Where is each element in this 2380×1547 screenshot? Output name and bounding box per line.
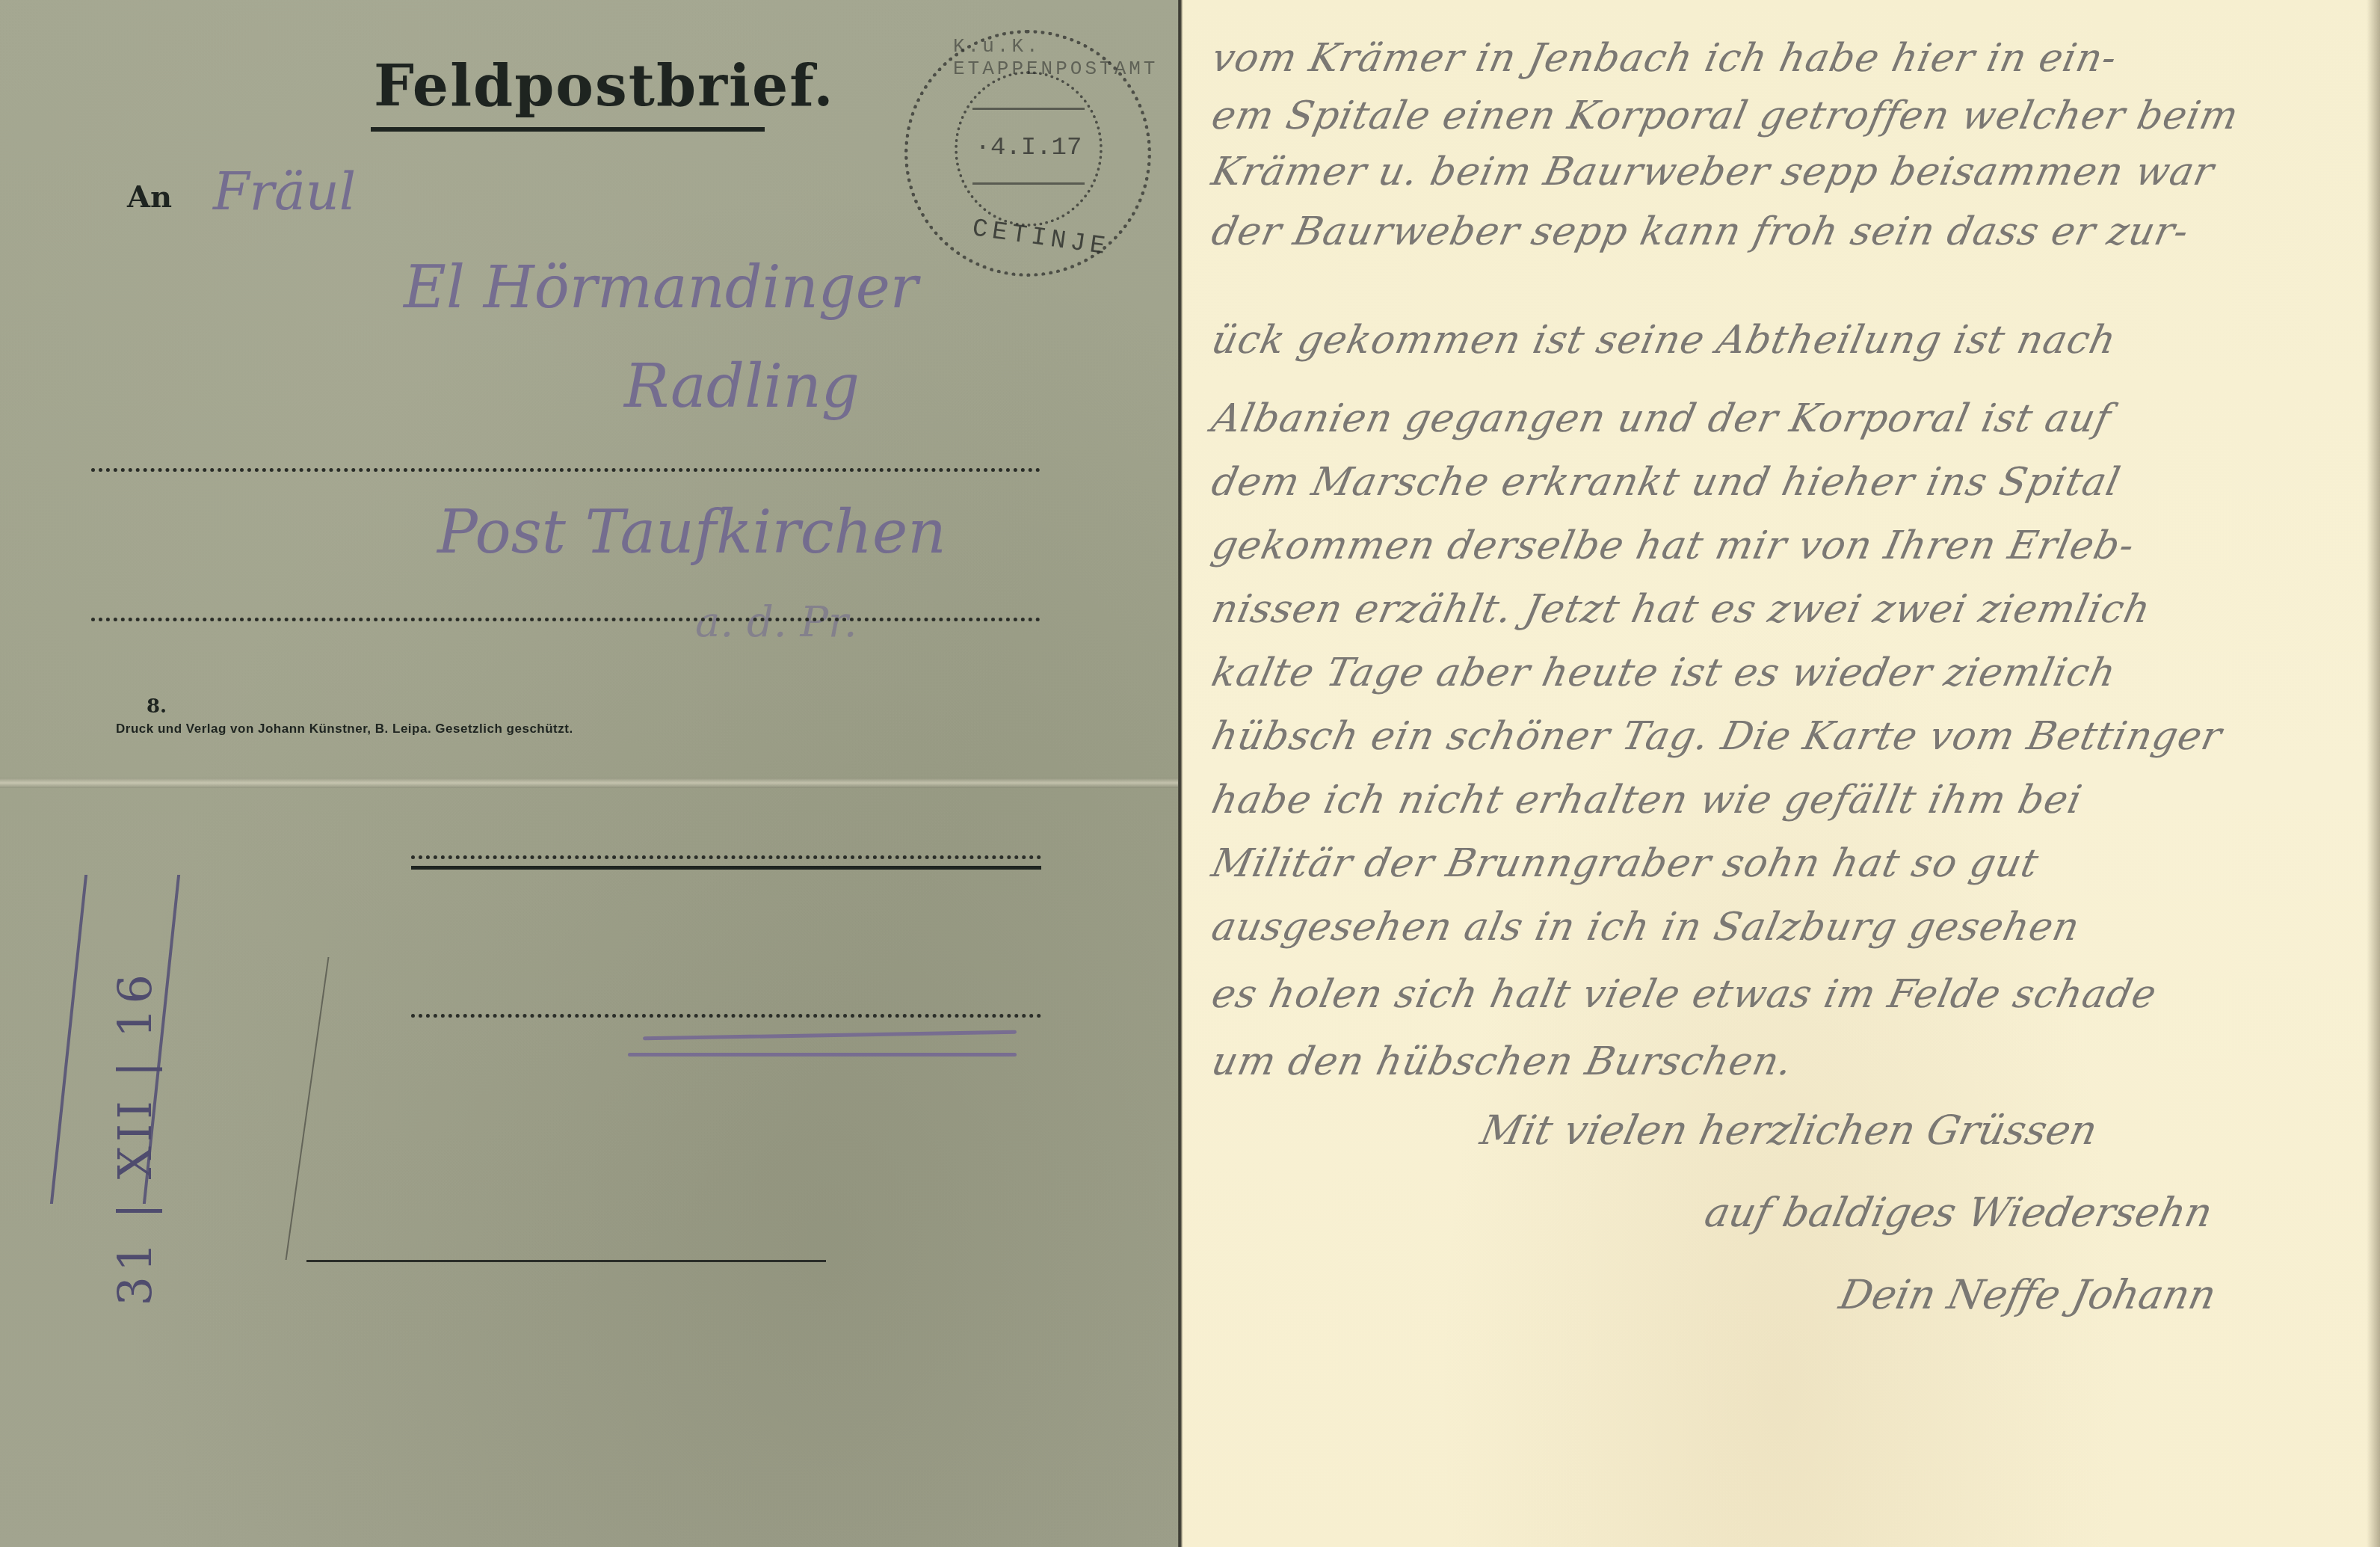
letter-line: ück gekommen ist seine Abtheilung ist na… xyxy=(1208,318,2121,363)
printer-imprint: Druck und Verlag von Johann Künstner, B.… xyxy=(116,722,573,736)
address-line-3 xyxy=(411,855,1041,859)
letter-line: nissen erzählt. Jetzt hat es zwei zwei z… xyxy=(1208,587,2155,632)
letter-line: habe ich nicht erhalten wie gefällt ihm … xyxy=(1208,778,2086,822)
letter-line: Krämer u. beim Baurweber sepp beisammen … xyxy=(1208,150,2219,194)
archive-date-note: 31 | XII | 16 xyxy=(37,852,209,1331)
address-line-1 xyxy=(91,468,1041,472)
envelope-title: Feldpostbrief. xyxy=(374,52,762,119)
flap-bottom-edge xyxy=(306,1260,826,1262)
recipient-name: El Hörmandinger xyxy=(404,254,918,322)
postmark-bar-top xyxy=(972,108,1085,110)
letter-sheet: vom Krämer in Jenbach ich habe hier in e… xyxy=(1183,0,2380,1547)
letter-line: Militär der Brunngraber sohn hat so gut xyxy=(1208,841,2043,886)
fold-crease xyxy=(0,778,1180,788)
letter-line: kalte Tage aber heute ist es wieder ziem… xyxy=(1208,651,2121,695)
letter-line: ausgesehen als in ich in Salzburg gesehe… xyxy=(1208,905,2084,950)
postmark-top-text: K.u.K. ETAPPENPOSTAMT xyxy=(953,35,1158,80)
postmark-stamp: K.u.K. ETAPPENPOSTAMT ·4.I.17 CETINJE xyxy=(904,30,1151,277)
recipient-place: Radling xyxy=(624,351,860,421)
envelope-sheet: ​ Feldpostbrief. An Fräul El Hörmandinge… xyxy=(0,0,1180,1547)
letter-line: vom Krämer in Jenbach ich habe hier in e… xyxy=(1208,36,2121,81)
letter-line: em Spitale einen Korporal getroffen welc… xyxy=(1208,93,2243,138)
title-underline xyxy=(371,127,765,132)
letter-line: der Baurweber sepp kann froh sein dass e… xyxy=(1208,209,2193,254)
closing-farewell: auf baldiges Wiedersehn xyxy=(1701,1189,2216,1236)
address-line-4 xyxy=(411,1014,1041,1018)
printer-number: 8. xyxy=(147,695,167,718)
archive-date-text: 31 | XII | 16 xyxy=(108,888,162,1306)
address-line-3-rule xyxy=(411,866,1041,870)
address-label: An xyxy=(127,179,172,215)
recipient-extra: a. d. Pr. xyxy=(695,598,857,647)
flap-cut-edge xyxy=(203,957,330,1260)
paper-edge-shadow xyxy=(2367,0,2380,1547)
postmark-inner-ring: ·4.I.17 xyxy=(955,71,1103,227)
letter-line: um den hübschen Burschen. xyxy=(1208,1039,1797,1084)
signature: Dein Neffe Johann xyxy=(1835,1271,2220,1318)
address-line-2 xyxy=(91,618,1041,621)
letter-line: dem Marsche erkrankt und hieher ins Spit… xyxy=(1208,460,2125,505)
letter-line: hübsch ein schöner Tag. Die Karte vom Be… xyxy=(1208,714,2226,759)
violet-strike-2 xyxy=(628,1053,1017,1057)
recipient-salutation: Fräul xyxy=(213,161,356,222)
recipient-post: Post Taufkirchen xyxy=(437,497,946,567)
postmark-bar-bottom xyxy=(972,182,1085,185)
letter-line: es holen sich halt viele etwas im Felde … xyxy=(1208,972,2161,1017)
closing-greeting: Mit vielen herzlichen Grüssen xyxy=(1476,1107,2101,1154)
postmark-date: ·4.I.17 xyxy=(958,134,1100,162)
violet-strike-1 xyxy=(643,1030,1017,1041)
letter-line: Albanien gegangen und der Korporal ist a… xyxy=(1208,396,2115,441)
letter-line: gekommen derselbe hat mir von Ihren Erle… xyxy=(1208,523,2139,568)
